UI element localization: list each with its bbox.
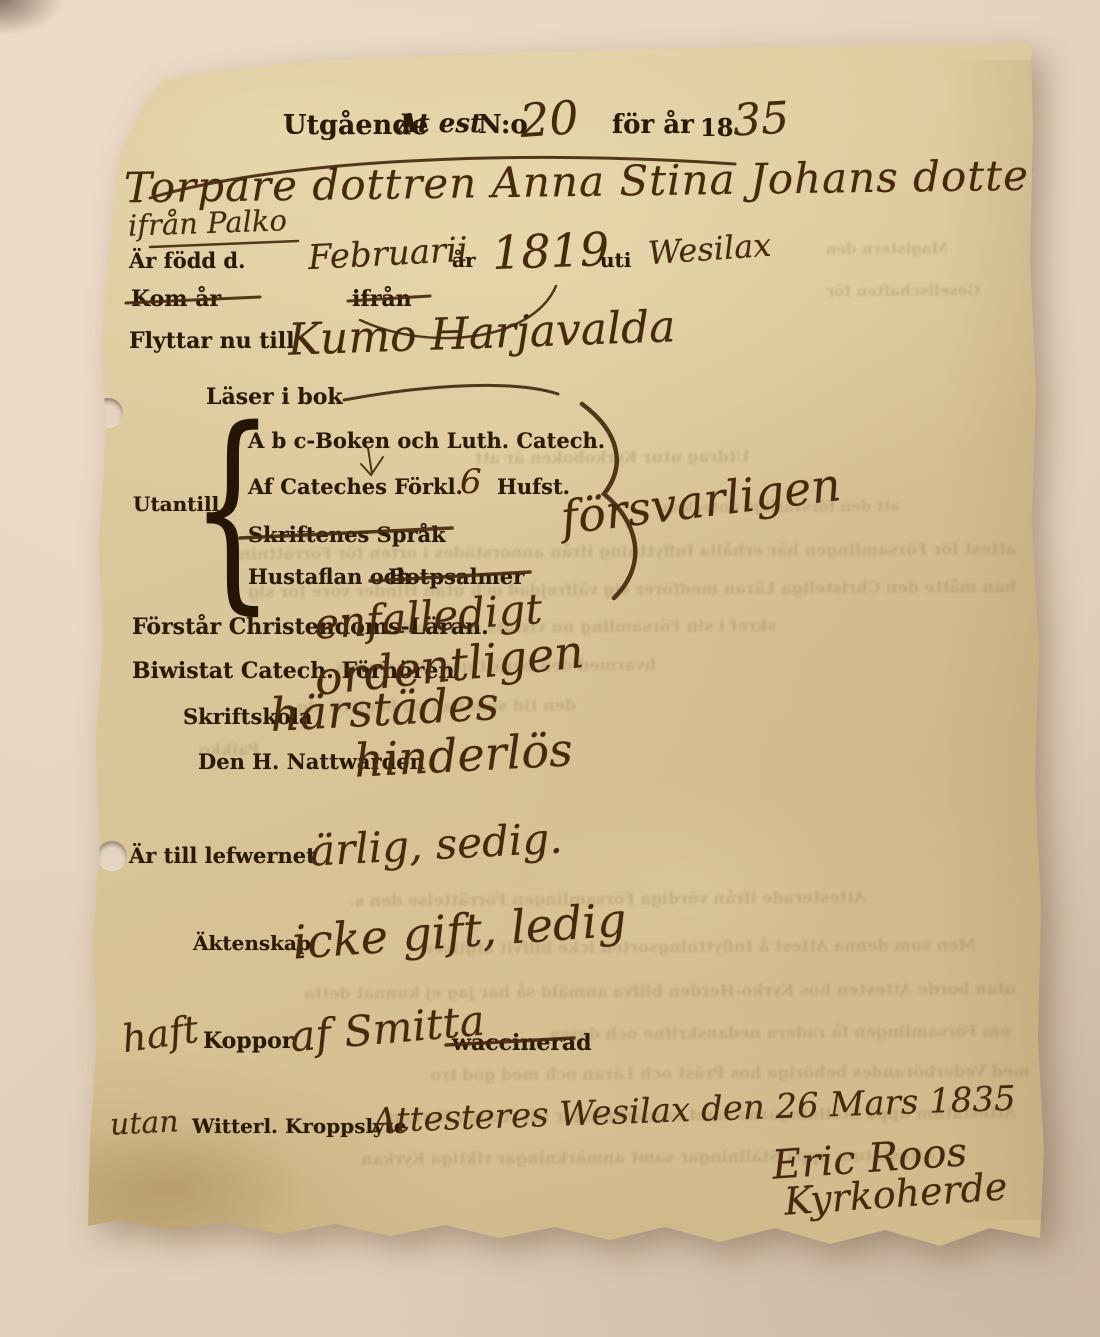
title-word-attest: At est bbox=[398, 109, 482, 139]
document-scan: Magistern den Gesellschaften för Utdrag … bbox=[0, 0, 1100, 1337]
row-conduct-label: Är till lefwernet bbox=[129, 843, 316, 868]
born-uti-label: uti bbox=[600, 248, 631, 272]
title-year-hand: 35 bbox=[732, 93, 791, 147]
moving-destination: Kumo Harjavalda bbox=[287, 301, 676, 365]
rote-item-botpsalmer-struck: Botpsalmer bbox=[388, 564, 524, 589]
title-number-value: 20 bbox=[518, 90, 580, 148]
rote-item-cateches-value: 6 bbox=[460, 462, 482, 502]
origin-line: ifrån Palko bbox=[127, 203, 287, 243]
bleedthrough-line: Magistern den bbox=[788, 239, 948, 258]
title-year-printed: 18 bbox=[700, 113, 733, 142]
punch-hole bbox=[97, 841, 127, 871]
moving-label: Flyttar nu till bbox=[129, 328, 294, 354]
row-conduct-value: ärlig, sedig. bbox=[309, 813, 564, 875]
smallpox-hand-prefix: haft bbox=[119, 1007, 201, 1061]
attest-hand-prefix: utan bbox=[109, 1104, 179, 1143]
born-year-label: år bbox=[452, 248, 476, 272]
paper-wrap: Magistern den Gesellschaften för Utdrag … bbox=[0, 0, 1100, 1337]
came-from-label-struck: ifrån bbox=[352, 286, 412, 312]
rote-grade: försvarligen bbox=[558, 457, 844, 545]
title-word-forar: för år bbox=[612, 110, 694, 140]
rote-item-skriftenes-struck: Skriftenes Språk bbox=[248, 522, 446, 547]
punch-hole bbox=[93, 398, 123, 428]
underline-palko bbox=[150, 241, 298, 247]
smallpox-label: Koppor bbox=[203, 1028, 293, 1054]
born-parish: Wesilax bbox=[647, 226, 773, 273]
bleedthrough-line: utan borde Attesten hos Kyrko-Herden bli… bbox=[146, 979, 1016, 1004]
born-label: Är född d. bbox=[129, 248, 245, 273]
paper-stain bbox=[940, 60, 1060, 1220]
came-year-label-struck: Kom år bbox=[131, 286, 221, 312]
flourish-reading bbox=[344, 385, 558, 400]
rote-item-abc: A b c-Boken och Luth. Catech. bbox=[248, 428, 605, 453]
born-month: Februarii bbox=[307, 230, 469, 278]
born-year-value: 1819 bbox=[491, 222, 610, 280]
smallpox-vaccinated-struck: waccinerad bbox=[452, 1030, 592, 1056]
attest-paper: Magistern den Gesellschaften för Utdrag … bbox=[0, 0, 1100, 1337]
bleedthrough-line: Gesellschaften för bbox=[780, 281, 980, 300]
row-nattvard-value: hinderlös bbox=[353, 722, 574, 787]
rote-item-cateches-label: Af Cateches Förkl. bbox=[248, 474, 463, 499]
